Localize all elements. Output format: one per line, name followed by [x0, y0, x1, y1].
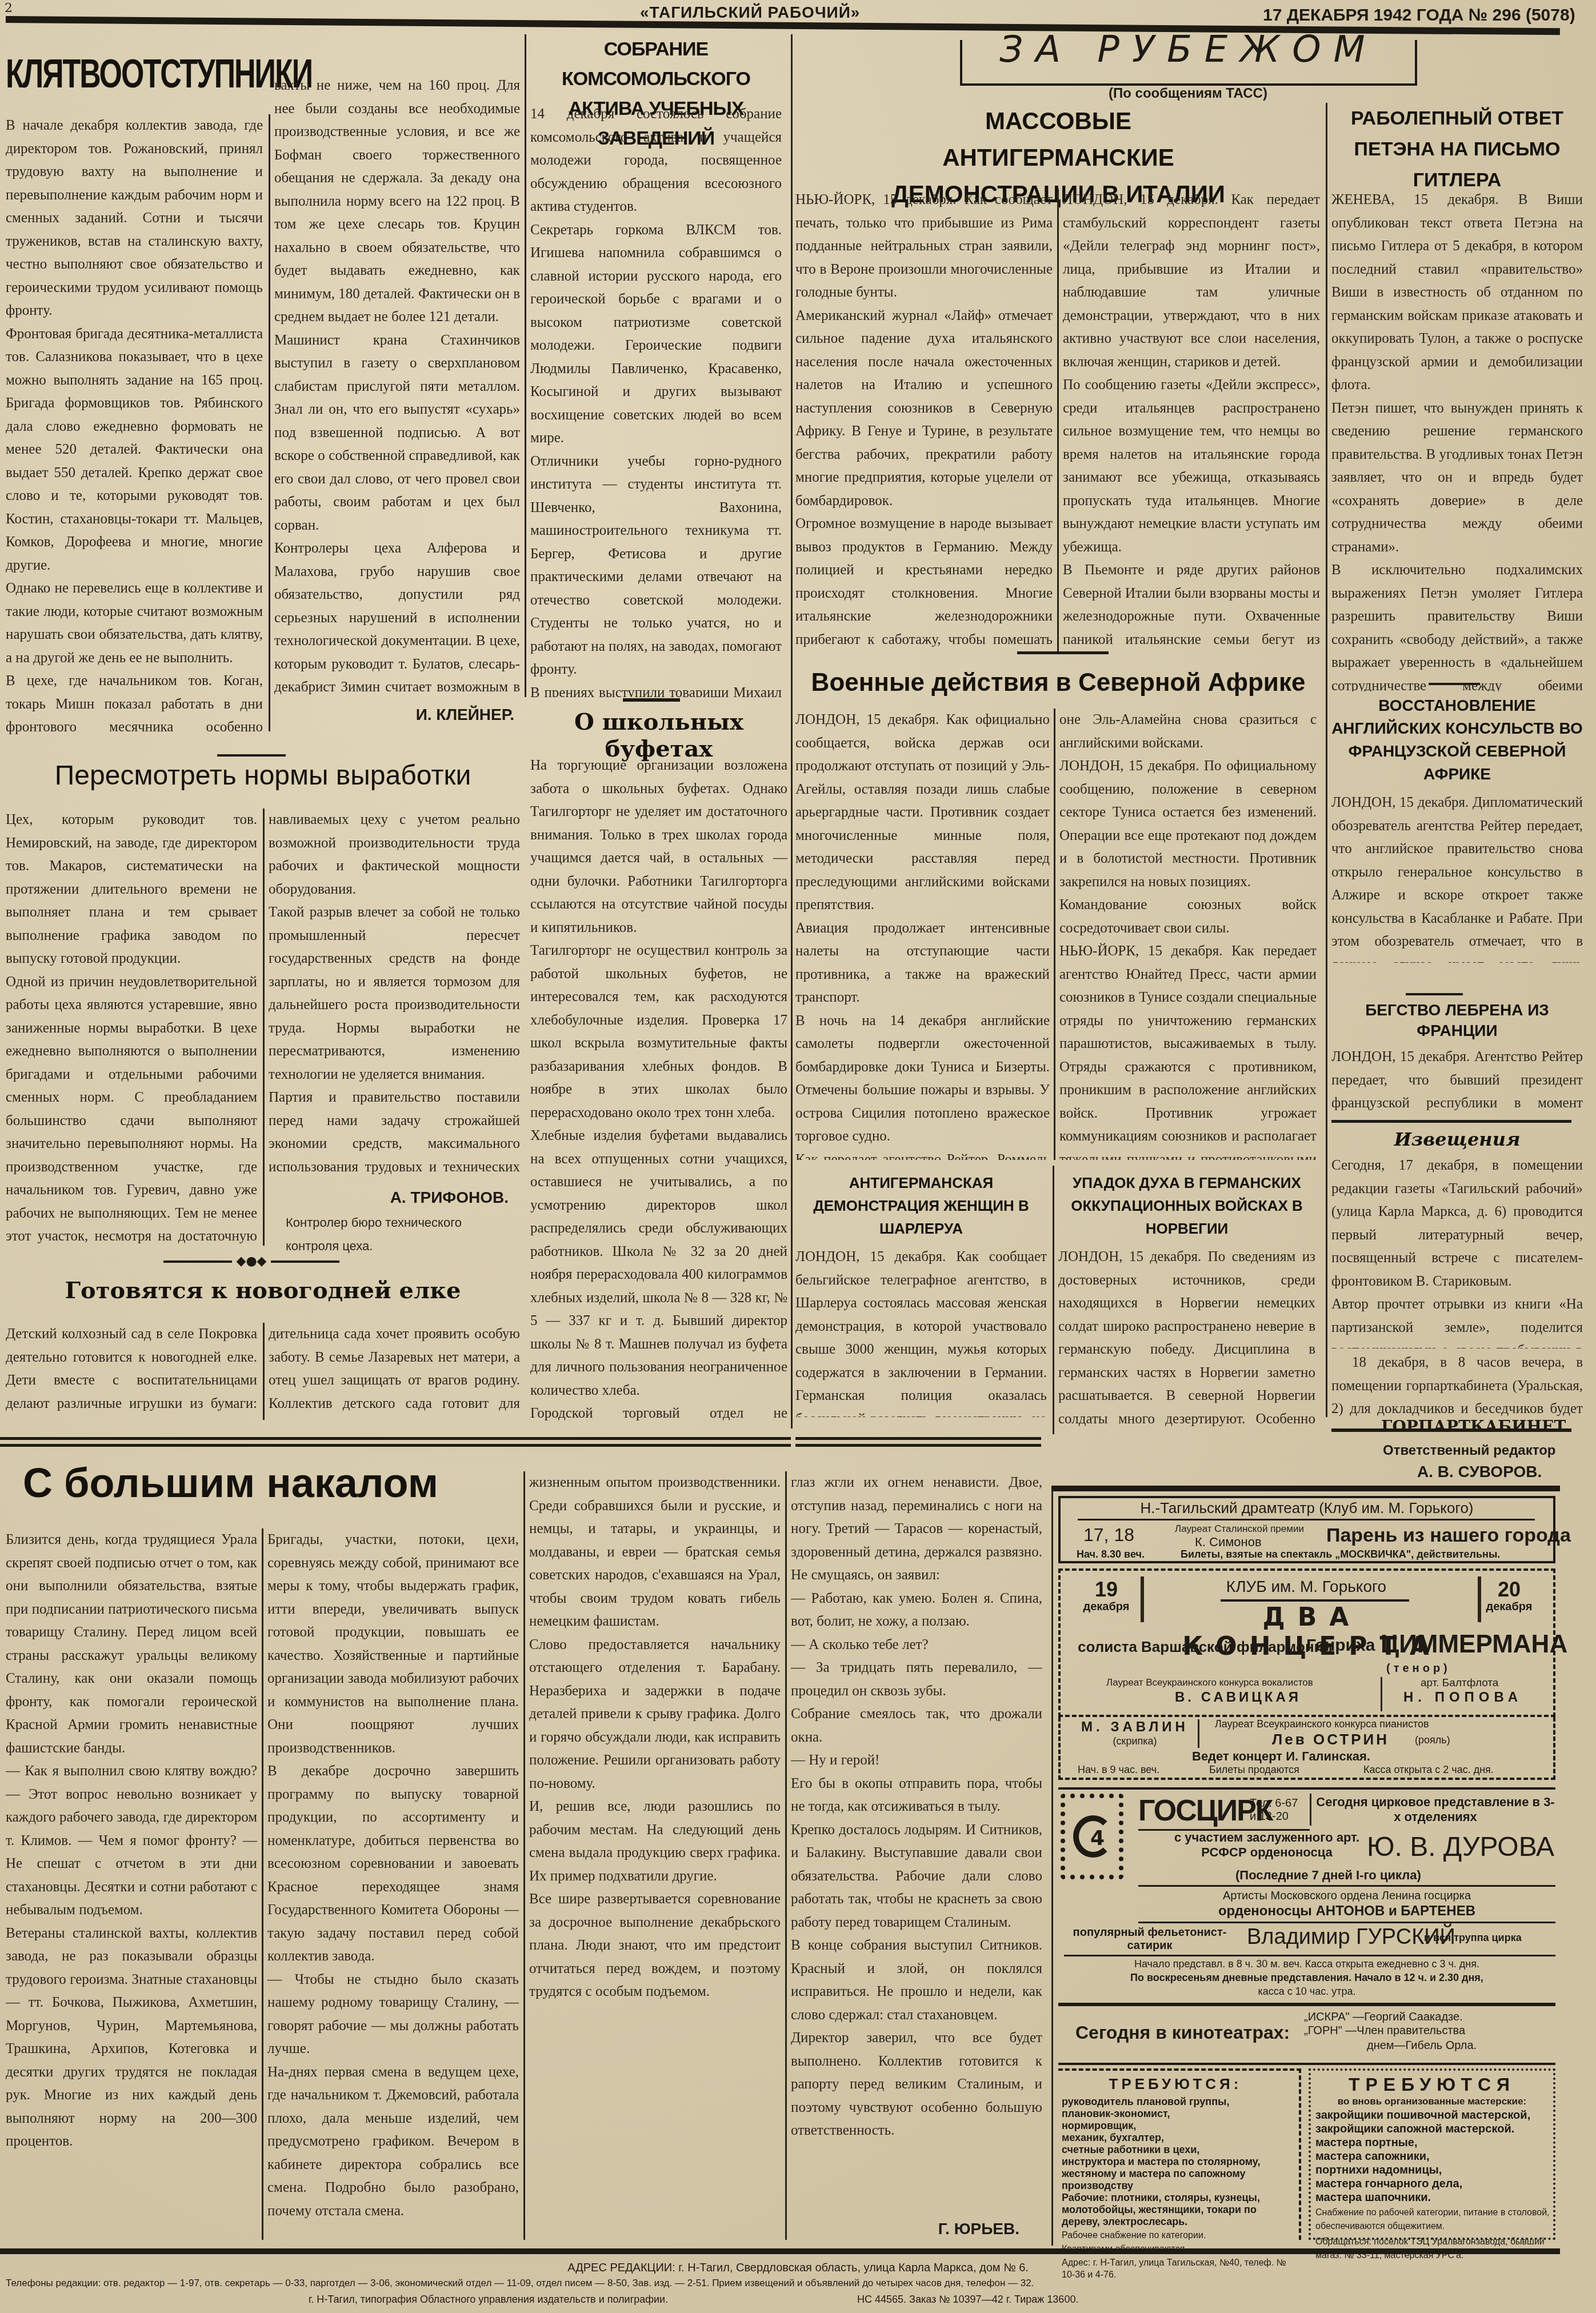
ad-jobs-2: ТРЕБУЮТСЯ во вновь организованные мастер… [1309, 2068, 1555, 2240]
job-note: Рабочее снабжение по категории. [1062, 2230, 1296, 2242]
norway-body: ЛОНДОН, 15 декабря. По сведениям из дост… [1058, 1246, 1315, 1431]
concert-host: Ведет концерт И. Галинская. [1192, 1749, 1370, 1764]
circus-last-days: (Последние 7 дней I-го цикла) [1235, 1868, 1421, 1883]
divider [1310, 1794, 1311, 1826]
concert-date-left: 19 [1083, 1578, 1129, 1602]
concert-p3-instr: (скрипка) [1095, 1735, 1175, 1747]
job-item: нормировщик, [1062, 2120, 1296, 2132]
concert-date-right: 20 [1486, 1578, 1532, 1602]
italy-col2: ЛОНДОН, 15 декабря. Как передает стамбул… [1063, 189, 1320, 654]
job-item: инструктора и мастера по столярному, жес… [1062, 2156, 1296, 2192]
job-item: мастера сапожники, [1315, 2150, 1550, 2163]
byline-role: Контролер бюро технического контроля цех… [286, 1211, 514, 1258]
section-rule [1406, 993, 1463, 995]
article-elka: Готовятся к новогодней елке Детский колх… [6, 1277, 789, 1426]
concert-soloist-first: Генриха [1306, 1636, 1375, 1655]
article-africa: Военные действия в Северной Африке ЛОНДО… [795, 663, 1321, 1166]
divider [1221, 1599, 1409, 1602]
ad-drama-theater: Н.-Тагильский драмтеатр (Клуб им. М. Гор… [1058, 1496, 1555, 1563]
byline: А. ТРИФОНОВ. [269, 1188, 509, 1207]
circus-logo-icon: 4 [1061, 1794, 1123, 1879]
footer-rule [0, 2248, 1560, 2254]
divider [1381, 1677, 1382, 1711]
concert-voice: (тенор) [1386, 1662, 1451, 1675]
italy-col1: НЬЮ-ЙОРК, 15 декабря. Как сообщает печат… [795, 189, 1053, 654]
concert-soloist-prefix: солиста Варшавской филармонии [1078, 1638, 1333, 1656]
lebren-body: ЛОНДОН, 15 декабря. Агентство Рейтер пер… [1331, 1046, 1583, 1120]
concert-p4-name: Лев ОСТРИН [1272, 1731, 1389, 1748]
concert-p2-label: арт. Балтфлота [1421, 1677, 1498, 1690]
job-item: мастера шапочники. [1315, 2191, 1550, 2204]
drama-header: Н.-Тагильский драмтеатр (Клуб им. М. Гор… [1061, 1499, 1553, 1517]
headline: С большим накалом [11, 1460, 514, 1507]
concert-tickets: Билеты продаются [1209, 1764, 1299, 1776]
headline: Готовятся к новогодней елке [6, 1277, 520, 1304]
editor-name: А. В. СУВОРОВ. [1417, 1463, 1542, 1481]
concert-date-left-month: декабря [1078, 1600, 1135, 1614]
concert-venue: КЛУБ им. М. Горького [1209, 1578, 1403, 1596]
column-divider [1326, 103, 1327, 1417]
ad-cinema: Сегодня в кинотеатрах: „ИСКРА" —Георгий … [1058, 2008, 1555, 2066]
footer-phones: Телефоны редакции: отв. редактор — 1-97,… [6, 2278, 1034, 2289]
section-rule [0, 1444, 791, 1447]
elka-col2: дительница сада хочет проявить особую за… [269, 1323, 520, 1420]
section-rule [1058, 1787, 1555, 1790]
africa-col1: ЛОНДОН, 15 декабря. Как официально сообщ… [795, 709, 1050, 1160]
section-rule [1017, 651, 1109, 654]
section-rule [1051, 1486, 1560, 1491]
column-divider [269, 114, 270, 731]
cinema-line1: „ИСКРА" —Георгий Саакадзе. [1304, 2011, 1463, 2024]
africa-col2: оне Эль-Аламейна снова сразиться с англи… [1059, 709, 1317, 1160]
divider [1141, 1576, 1144, 1622]
column-divider [525, 34, 526, 697]
ad-circus: 4 ГОСЦИРК Тел. 6-67 и 13-20 Сегодня цирк… [1058, 1791, 1555, 2003]
column-divider [1053, 1166, 1054, 1434]
ad-jobs-1: ТРЕБУЮТСЯ: руководитель плановой группы,… [1058, 2068, 1301, 2240]
concert-box: Касса открыта с 2 час. дня. [1363, 1764, 1494, 1776]
nakal-col2: Бригады, участки, потоки, цехи, соревнуя… [267, 1528, 519, 2243]
section-rule [795, 1444, 1041, 1447]
notice-2: 18 декабря, в 8 часов вечера, в помещени… [1331, 1351, 1583, 1420]
concert-p1-name: В. САВИЦКАЯ [1175, 1690, 1301, 1706]
article-normy: Пересмотреть нормы выработки Цех, которы… [6, 760, 520, 1246]
circus-schedule-3: касса с 10 час. утра. [1058, 1986, 1555, 1998]
notice-signature: ГОРПАРТКАБИНЕТ. [1331, 1417, 1571, 1436]
article-nakal: С большим накалом Близится день, когда т… [6, 1454, 1051, 2243]
job-item: Рабочие: плотники, столяры, кузнецы, мол… [1062, 2192, 1296, 2228]
byline: И. КЛЕЙНЕР. [274, 706, 514, 724]
concert-p3-name: М. ЗАВЛИН [1078, 1719, 1192, 1735]
section-rule [795, 1437, 1041, 1440]
headline: Военные действия в Северной Африке [795, 669, 1321, 697]
circus-star: Ю. В. ДУРОВА [1367, 1831, 1554, 1863]
drama-laureate: Лауреат Сталинской премии [1175, 1523, 1304, 1535]
headline: БЕГСТВО ЛЕБРЕНА ИЗ ФРАНЦИИ [1354, 1000, 1560, 1041]
paper-name: «ТАГИЛЬСКИЙ РАБОЧИЙ» [640, 3, 860, 22]
normy-col1: Цех, которым руководит тов. Немировский,… [6, 809, 257, 1248]
article-peten: РАБОЛЕПНЫЙ ОТВЕТ ПЕТЭНА НА ПИСЬМО ГИТЛЕР… [1331, 103, 1589, 709]
circus-participation: с участием заслуженного арт. РСФСР орден… [1173, 1830, 1361, 1860]
section-rule [1331, 1120, 1571, 1123]
section-rule [1331, 1428, 1571, 1432]
jobs2-subtitle: во вновь организованные мастерские: [1311, 2096, 1553, 2107]
job-item: закройщики пошивочной мастерской, [1315, 2108, 1550, 2122]
section-rule [1429, 683, 1480, 685]
article-klyatvo: КЛЯТВООТСТУПНИКИ В начале декабря коллек… [6, 34, 520, 743]
section-rule [217, 754, 286, 757]
headline: КЛЯТВООТСТУПНИКИ [6, 51, 269, 98]
concert-p4-label: Лауреат Всеукраинского конкурса пианисто… [1215, 1718, 1429, 1730]
divider [1198, 1719, 1199, 1748]
footer-print-info: НС 44565. Заказ № 10397—42 г. Тираж 1360… [857, 2294, 1078, 2306]
klyatvo-col2: вахты не ниже, чем на 160 проц. Для нее … [274, 74, 520, 697]
column-divider [1057, 189, 1059, 651]
ad-concert-lower: М. ЗАВЛИН (скрипка) Лауреат Всеукраинско… [1058, 1717, 1555, 1780]
job-item: руководитель плановой группы, [1062, 2096, 1296, 2108]
section-rule [623, 698, 680, 702]
konsulstva-body: ЛОНДОН, 15 декабря. Дипломатический обоз… [1331, 791, 1583, 963]
job-note: Снабжение по рабочей категории, питание … [1315, 2206, 1550, 2234]
footer-printer: г. Н-Тагил, типография Областного управл… [309, 2294, 668, 2306]
peten-body: ЖЕНЕВА, 15 декабря. В Виши опубликован т… [1331, 189, 1583, 691]
headline: Пересмотреть нормы выработки [6, 760, 520, 791]
divider [1478, 1576, 1481, 1622]
article-konsulstva: ВОССТАНОВЛЕНИЕ АНГЛИЙСКИХ КОНСУЛЬСТВ ВО … [1331, 694, 1589, 969]
headline: ВОССТАНОВЛЕНИЕ АНГЛИЙСКИХ КОНСУЛЬСТВ ВО … [1331, 694, 1583, 786]
column-divider [263, 1323, 265, 1420]
circus-artists: Артисты Московского ордена Ленина госцир… [1138, 1890, 1555, 1903]
column-divider [262, 1528, 263, 2240]
concert-p4-instr: (рояль) [1415, 1734, 1450, 1746]
divider [1064, 1955, 1555, 1956]
page-number: 2 [5, 1, 13, 15]
klyatvo-col1: В начале декабря коллектив завода, где д… [6, 114, 263, 737]
divider [1138, 1885, 1555, 1887]
circus-phone: Тел. 6-67 и 13-20 [1250, 1797, 1307, 1823]
circus-schedule-1: Начало представл. в 8 ч. 30 м. веч. Касс… [1058, 1958, 1555, 1970]
sharlerua-body: ЛОНДОН, 15 декабря. Как сообщает бельгий… [795, 1246, 1047, 1417]
circus-duo: орденоносцы АНТОНОВ и БАРТЕНЕВ [1138, 1903, 1555, 1919]
concert-start: Нач. в 9 час. веч. [1078, 1764, 1159, 1776]
section-title: ЗА РУБЕЖОМ [960, 29, 1417, 71]
article-sharlerua: АНТИГЕРМАНСКАЯ ДЕМОНСТРАЦИЯ ЖЕНЩИН В ШАР… [795, 1166, 1050, 1428]
column-divider [785, 1471, 787, 2240]
notice-1: Сегодня, 17 декабря, в помещении редакци… [1331, 1154, 1583, 1348]
date-issue: 17 ДЕКАБРЯ 1942 ГОДА № 296 (5078) [1263, 6, 1575, 25]
circus-troupe: и вся труппа цирка [1424, 1932, 1522, 1944]
elka-col1: Детский колхозный сад в селе Покровка де… [6, 1323, 257, 1420]
jobs2-list: закройщики пошивочной мастерской,закройщ… [1315, 2108, 1550, 2263]
jobs1-title: ТРЕБУЮТСЯ: [1058, 2075, 1293, 2093]
cinema-label: Сегодня в кинотеатрах: [1075, 2022, 1290, 2043]
cinema-line2: „ГОРН" —Член правительства [1304, 2024, 1465, 2038]
ad-concert: 19 декабря КЛУБ им. М. Горького ДВА КОНЦ… [1058, 1568, 1555, 1717]
circus-today: Сегодня цирковое представление в 3-х отд… [1315, 1795, 1555, 1824]
job-item: мастера гончарного дела, [1315, 2177, 1550, 2191]
normy-col2: навливаемых цеху с учетом реально возмож… [269, 809, 520, 1180]
concert-p2-name: Н. ПОПОВА [1403, 1690, 1522, 1706]
nakal-col3: жизненным опытом производственники. Сред… [529, 1471, 781, 2243]
column-divider [791, 34, 793, 1428]
headline: УПАДОК ДУХА В ГЕРМАНСКИХ ОККУПАЦИОННЫХ В… [1058, 1171, 1315, 1240]
drama-rule [1078, 1519, 1535, 1520]
circus-satirist-label: популярный фельетонист-сатирик [1064, 1926, 1235, 1952]
notices-title: Извещения [1331, 1129, 1583, 1150]
section-rule [1058, 2003, 1555, 2006]
section-rule [0, 1437, 791, 1440]
concert-date-right-month: декабря [1481, 1600, 1538, 1614]
ornament-divider: ◆●◆ [154, 1254, 349, 1268]
job-item: счетные работники в цехи, [1062, 2144, 1296, 2156]
footer-address: АДРЕС РЕДАКЦИИ: г. Н-Тагил, Свердловская… [0, 2262, 1596, 2275]
komsomol-body: 14 декабря состоялось собрание комсомоль… [530, 103, 782, 697]
divider [1138, 1922, 1555, 1923]
job-item: механик, бухгалтер, [1062, 2132, 1296, 2144]
circus-schedule-2: По воскресеньям дневные представления. Н… [1058, 1972, 1555, 1984]
headline: РАБОЛЕПНЫЙ ОТВЕТ ПЕТЭНА НА ПИСЬМО ГИТЛЕР… [1331, 103, 1583, 195]
article-italy: МАССОВЫЕ АНТИГЕРМАНСКИЕ ДЕМОНСТРАЦИИ В И… [795, 103, 1327, 657]
concert-p1-label: Лауреат Всеукраинского конкурса вокалист… [1106, 1677, 1313, 1688]
drama-dates: 17, 18 [1083, 1524, 1134, 1546]
job-item: плановик-экономист, [1062, 2108, 1296, 2120]
article-norway: УПАДОК ДУХА В ГЕРМАНСКИХ ОККУПАЦИОННЫХ В… [1058, 1166, 1321, 1434]
editor-label: Ответственный редактор [1383, 1443, 1555, 1459]
column-divider [263, 809, 265, 1246]
cinema-line3: днем—Гибель Орла. [1367, 2039, 1477, 2052]
byline: Г. ЮРЬЕВ. [791, 2220, 1019, 2238]
section-rule [1058, 2063, 1555, 2065]
drama-note: Билеты, взятые на спектакль „МОСКВИЧКА",… [1181, 1548, 1500, 1560]
article-lebren: БЕГСТВО ЛЕБРЕНА ИЗ ФРАНЦИИ ЛОНДОН, 15 де… [1331, 1000, 1589, 1097]
headline: АНТИГЕРМАНСКАЯ ДЕМОНСТРАЦИЯ ЖЕНЩИН В ШАР… [807, 1171, 1035, 1240]
jobs2-title: ТРЕБУЮТСЯ [1311, 2074, 1553, 2095]
job-item: мастера портные, [1315, 2136, 1550, 2150]
column-divider [523, 1471, 525, 2240]
drama-play: Парень из нашего города [1326, 1524, 1571, 1547]
nakal-col4: глаз жгли их огнем ненависти. Двое, отст… [791, 1471, 1042, 2214]
nakal-col1: Близится день, когда трудящиеся Урала ск… [6, 1528, 257, 2243]
concert-soloist-last: ЦИММЕРМАНА [1381, 1630, 1567, 1659]
tass-source: (По сообщениям ТАСС) [1109, 86, 1267, 102]
column-divider [1051, 1486, 1053, 2246]
job-item: портнихи надомницы, [1315, 2163, 1550, 2177]
job-item: закройщики сапожной мастерской. [1315, 2122, 1550, 2136]
article-komsomol: СОБРАНИЕ КОМСОМОЛЬСКОГО АКТИВА УЧЕБНЫХ З… [530, 34, 787, 697]
drama-author: К. Симонов [1195, 1535, 1262, 1550]
notices: Извещения Сегодня, 17 декабря, в помещен… [1331, 1129, 1589, 1437]
column-divider [1054, 709, 1055, 1160]
drama-start: Нач. 8.30 веч. [1077, 1548, 1145, 1560]
